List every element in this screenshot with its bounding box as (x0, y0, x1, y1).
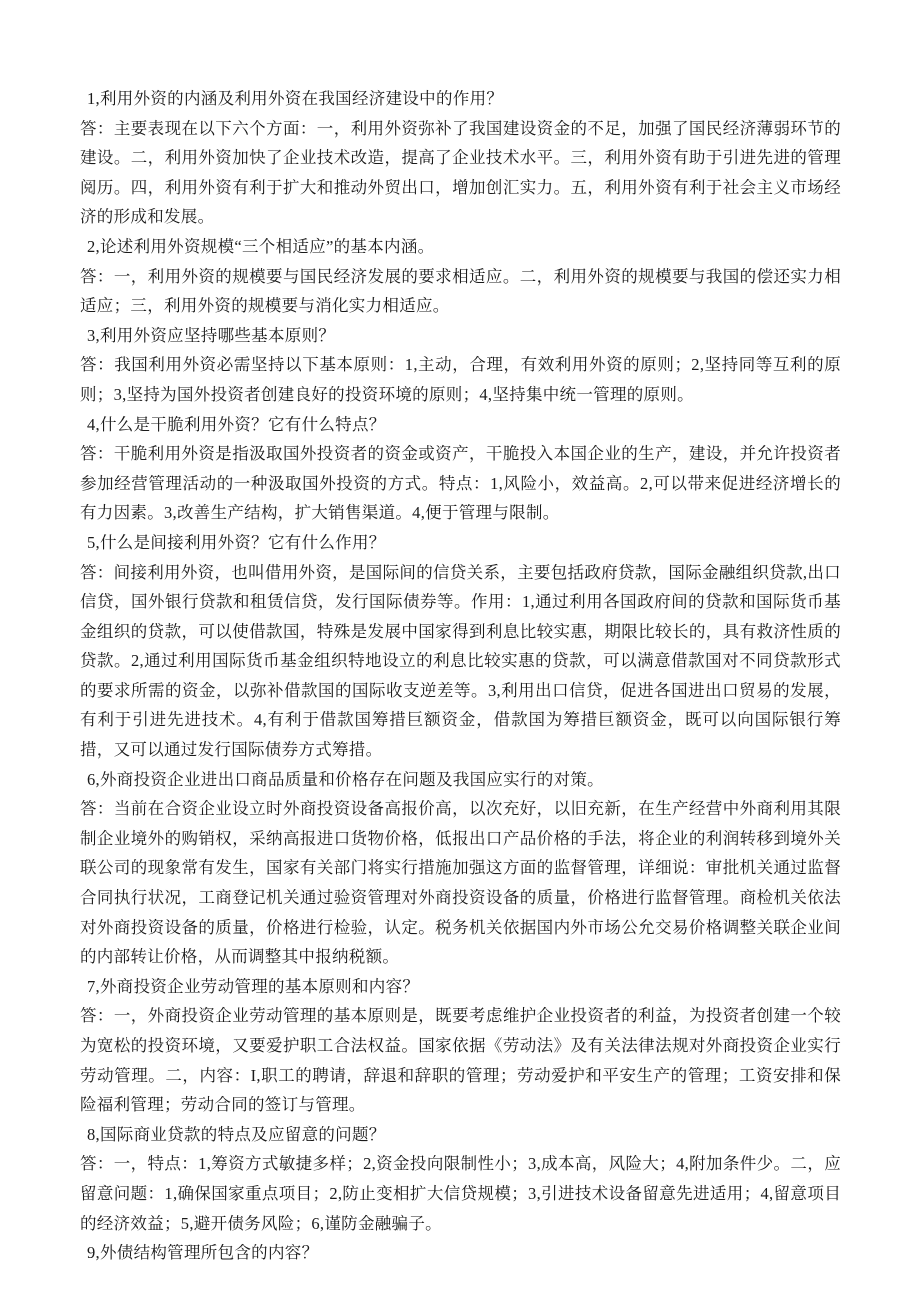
question-9: 9,外债结构管理所包含的内容？ (80, 1238, 841, 1268)
question-2: 2,论述利用外资规模“三个相适应”的基本内涵。 (80, 232, 841, 262)
question-8: 8,国际商业贷款的特点及应留意的问题？ (80, 1120, 841, 1150)
question-4: 4,什么是干脆利用外资？它有什么特点？ (80, 410, 841, 440)
answer-8: 答：一，特点：1,筹资方式敏捷多样；2,资金投向限制性小；3,成本高，风险大；4… (80, 1149, 841, 1238)
answer-7: 答：一，外商投资企业劳动管理的基本原则是，既要考虑维护企业投资者的利益，为投资者… (80, 1001, 841, 1119)
question-3: 3,利用外资应坚持哪些基本原则？ (80, 321, 841, 351)
document-text-block: 1,利用外资的内涵及利用外资在我国经济建设中的作用？ 答：主要表现在以下六个方面… (80, 84, 841, 1268)
document-page: 1,利用外资的内涵及利用外资在我国经济建设中的作用？ 答：主要表现在以下六个方面… (0, 0, 920, 1301)
answer-5: 答：间接利用外资，也叫借用外资，是国际间的信贷关系，主要包括政府贷款，国际金融组… (80, 558, 841, 765)
answer-4: 答：干脆利用外资是指汲取国外投资者的资金或资产，干脆投入本国企业的生产，建设，并… (80, 439, 841, 528)
question-6: 6,外商投资企业进出口商品质量和价格存在问题及我国应实行的对策。 (80, 765, 841, 795)
answer-2: 答：一，利用外资的规模要与国民经济发展的要求相适应。二，利用外资的规模要与我国的… (80, 262, 841, 321)
answer-3: 答：我国利用外资必需坚持以下基本原则：1,主动，合理，有效利用外资的原则；2,坚… (80, 350, 841, 409)
answer-6: 答：当前在合资企业设立时外商投资设备高报价高，以次充好，以旧充新，在生产经营中外… (80, 794, 841, 972)
question-5: 5,什么是间接利用外资？它有什么作用？ (80, 528, 841, 558)
question-1: 1,利用外资的内涵及利用外资在我国经济建设中的作用？ (80, 84, 841, 114)
answer-1: 答：主要表现在以下六个方面：一，利用外资弥补了我国建设资金的不足，加强了国民经济… (80, 114, 841, 232)
question-7: 7,外商投资企业劳动管理的基本原则和内容？ (80, 972, 841, 1002)
